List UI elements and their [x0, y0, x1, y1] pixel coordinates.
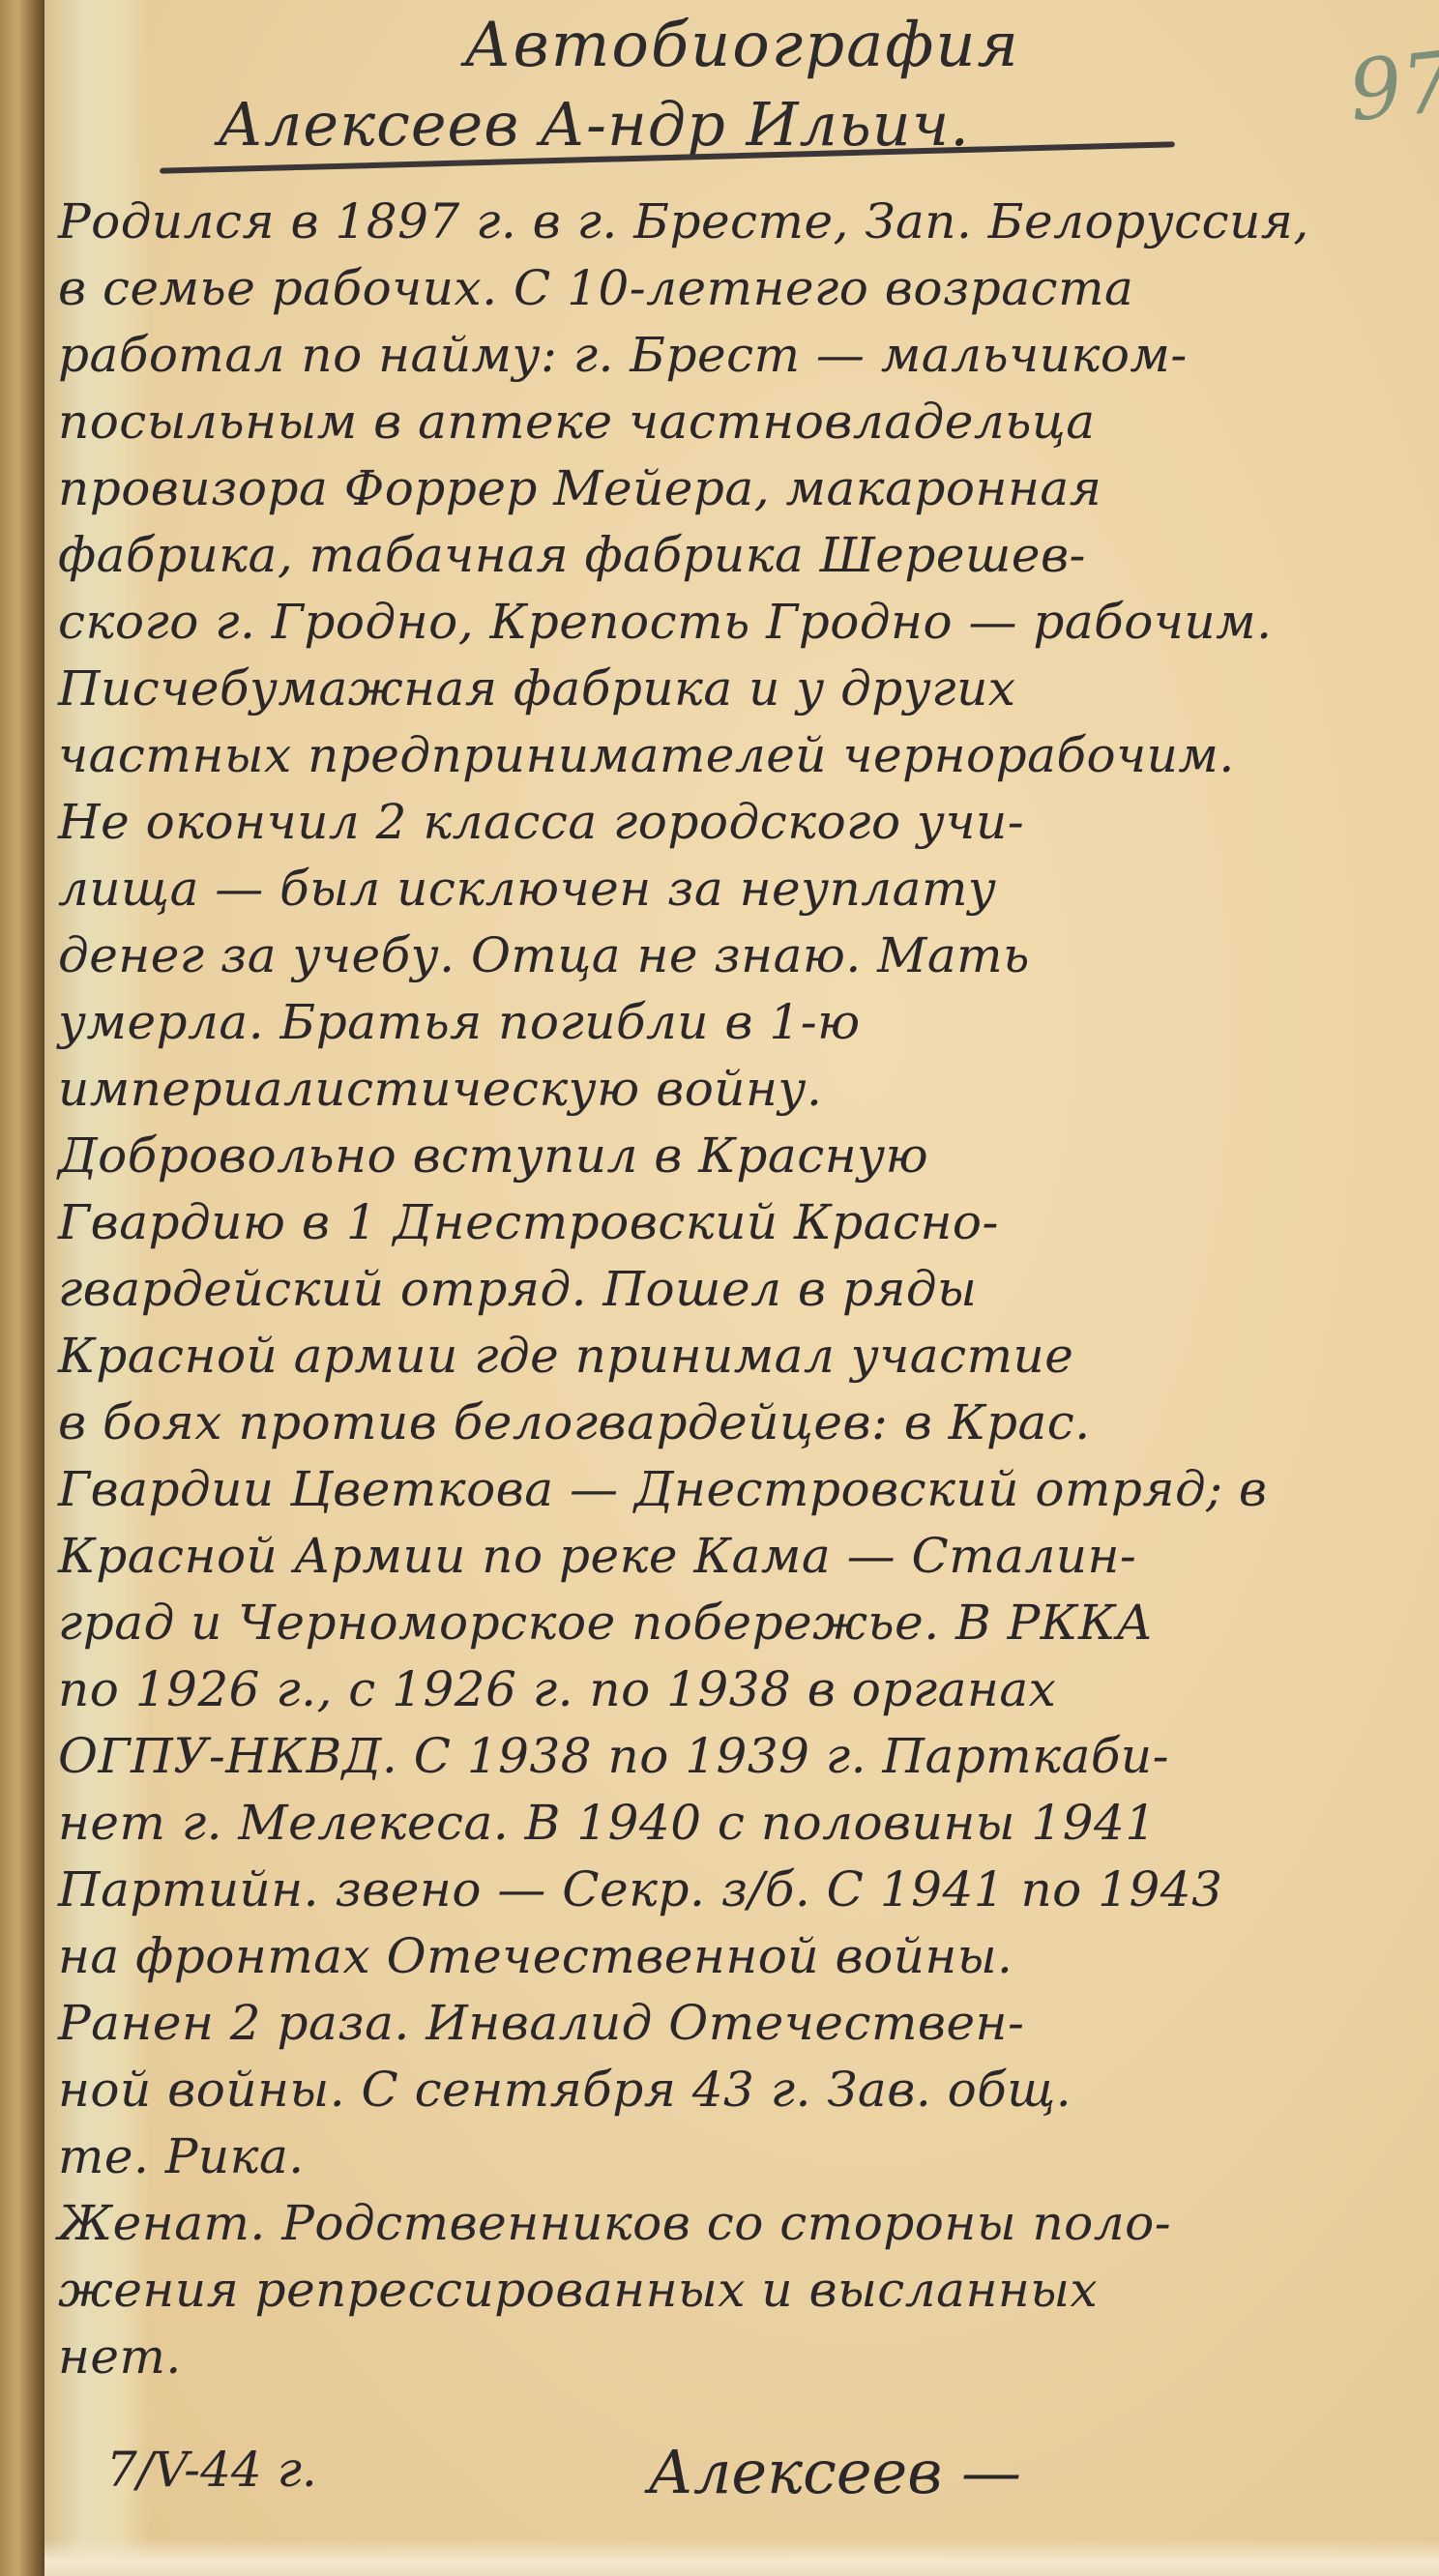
- text-line: лища — был исключен за неуплату: [58, 856, 1402, 922]
- text-line: фабрика, табачная фабрика Шерешев-: [58, 522, 1402, 589]
- text-line: нет.: [58, 2324, 1402, 2390]
- text-line: Красной Армии по реке Кама — Сталин-: [58, 1523, 1402, 1590]
- text-line: нет г. Мелекеса. В 1940 с половины 1941: [58, 1790, 1402, 1857]
- text-line: ского г. Гродно, Крепость Гродно — рабоч…: [58, 589, 1402, 656]
- text-line: гвардейский отряд. Пошел в ряды: [58, 1256, 1402, 1323]
- text-line: град и Черноморское побережье. В РККА: [58, 1590, 1402, 1656]
- text-line: умерла. Братья погибли в 1-ю: [58, 989, 1402, 1056]
- text-line: Партийн. звено — Секр. з/б. С 1941 по 19…: [58, 1857, 1402, 1923]
- text-line: Писчебумажная фабрика и у других: [58, 656, 1402, 722]
- text-line: Женат. Родственников со стороны поло-: [58, 2190, 1402, 2257]
- document-page: 97 Автобиография Алексеев А-ндр Ильич. Р…: [0, 0, 1439, 2576]
- document-date: 7/V-44 г.: [106, 2442, 317, 2498]
- text-line: жения репрессированных и высланных: [58, 2257, 1402, 2324]
- text-line: Гвардию в 1 Днестровский Красно-: [58, 1189, 1402, 1256]
- text-line: империалистическую войну.: [58, 1056, 1402, 1123]
- text-line: Гвардии Цветкова — Днестровский отряд; в: [58, 1456, 1402, 1523]
- document-title: Автобиография: [464, 10, 1020, 81]
- text-line: ной войны. С сентября 43 г. Зав. общ.: [58, 2057, 1402, 2123]
- text-line: ОГПУ-НКВД. С 1938 по 1939 г. Парткаби-: [58, 1723, 1402, 1790]
- text-line: Ранен 2 раза. Инвалид Отечествен-: [58, 1990, 1402, 2057]
- signature: Алексеев —: [648, 2437, 1021, 2507]
- folio-number: 97: [1344, 34, 1439, 141]
- text-line: в семье рабочих. С 10-летнего возраста: [58, 255, 1402, 322]
- text-line: Красной армии где принимал участие: [58, 1323, 1402, 1390]
- text-line: работал по найму: г. Брест — мальчиком-: [58, 322, 1402, 389]
- text-line: посыльным в аптеке частновладельца: [58, 389, 1402, 455]
- text-line: по 1926 г., с 1926 г. по 1938 в органах: [58, 1656, 1402, 1723]
- text-line: те. Рика.: [58, 2123, 1402, 2190]
- text-line: Родился в 1897 г. в г. Бресте, Зап. Бело…: [58, 189, 1402, 255]
- text-line: частных предпринимателей чернорабочим.: [58, 722, 1402, 789]
- text-line: в боях против белогвардейцев: в Крас.: [58, 1390, 1402, 1456]
- text-line: Добровольно вступил в Красную: [58, 1123, 1402, 1189]
- book-binding: [0, 0, 44, 2576]
- page-bottom-edge: [44, 2539, 1439, 2576]
- text-line: на фронтах Отечественной войны.: [58, 1923, 1402, 1990]
- text-line: провизора Форрер Мейера, макаронная: [58, 455, 1402, 522]
- text-line: Не окончил 2 класса городского учи-: [58, 789, 1402, 856]
- autobiography-text: Родился в 1897 г. в г. Бресте, Зап. Бело…: [58, 189, 1402, 2390]
- text-line: денег за учебу. Отца не знаю. Мать: [58, 922, 1402, 989]
